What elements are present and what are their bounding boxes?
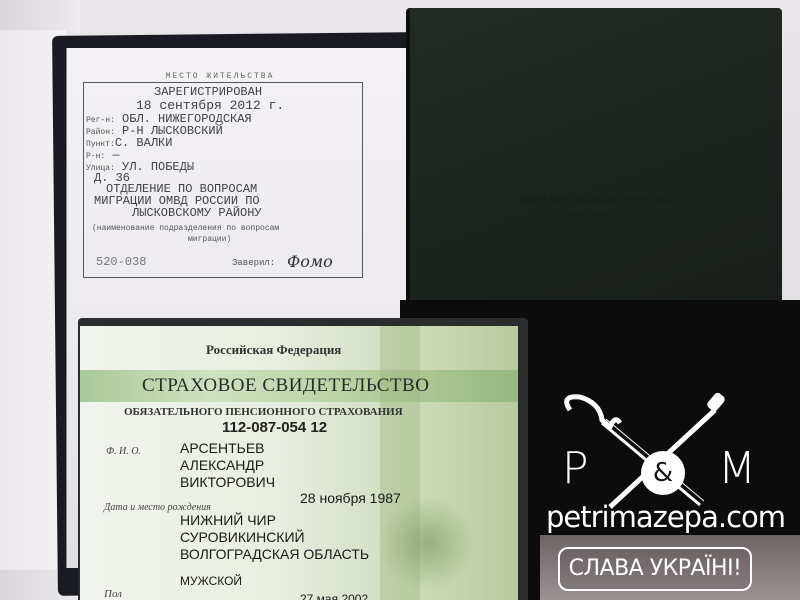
birth-place-3: ВОЛГОГРАДСКАЯ ОБЛАСТЬ [180, 546, 369, 562]
locality-value: С. ВАЛКИ [115, 136, 173, 150]
department-code: 520-038 [96, 255, 146, 269]
sex-value: МУЖСКОЙ [180, 574, 242, 588]
birth-date: 28 ноября 1987 [300, 490, 401, 506]
certified-label: Заверил: [232, 258, 275, 268]
military-booklet-title: ОБЯЗАТЕЛЬНЫЙ ВОЕННЫЙ ДОКУМЕНТ [490, 192, 710, 224]
logo-letter-m: M [718, 443, 756, 494]
patronymic: ВИКТОРОВИЧ [180, 474, 275, 490]
card-rosette [380, 496, 475, 591]
insurance-certificate: Российская Федерация СТРАХОВОЕ СВИДЕТЕЛЬ… [80, 326, 518, 600]
office-line-3: ЛЫСКОВСКОМУ РАЙОНУ [132, 206, 262, 220]
stamp-header: МЕСТО ЖИТЕЛЬСТВА [80, 72, 360, 81]
office-caption-1: (наименование подразделения по вопросам [92, 224, 279, 233]
signature: Фомо [287, 252, 333, 271]
birth-place-2: СУРОВИКИНСКИЙ [180, 529, 305, 545]
logo-letter-p: P [562, 443, 589, 494]
office-caption-2: миграции) [188, 235, 231, 244]
name-label: Ф. И. О. [106, 446, 141, 457]
watermark-logo: P & M petrimazepa.com СЛАВА УКРАЇНІ! [540, 385, 800, 600]
street-value: УЛ. ПОБЕДЫ [122, 160, 194, 174]
logo-ampersand: & [641, 451, 685, 495]
birth-place-1: НИЖНИЙ ЧИР [180, 512, 276, 528]
surname: АРСЕНТЬЕВ [180, 440, 265, 456]
stamp-date: 18 сентября 2012 г. [136, 98, 284, 113]
watermark-site: petrimazepa.com [546, 500, 785, 534]
first-name: АЛЕКСАНДР [180, 457, 264, 473]
document-photo: МЕСТО ЖИТЕЛЬСТВА ЗАРЕГИСТРИРОВАН 18 сент… [0, 0, 800, 600]
card-title: СТРАХОВОЕ СВИДЕТЕЛЬСТВО [142, 375, 429, 397]
card-subtitle: ОБЯЗАТЕЛЬНОГО ПЕНСИОННОГО СТРАХОВАНИЯ [124, 406, 403, 418]
registration-date: 27 мая 2002 [300, 592, 368, 600]
sex-label: Пол [104, 588, 122, 600]
card-country: Российская Федерация [206, 342, 341, 358]
insurance-number: 112-087-054 12 [222, 419, 327, 436]
stamp-status: ЗАРЕГИСТРИРОВАН [154, 85, 262, 99]
registration-stamp: ЗАРЕГИСТРИРОВАН 18 сентября 2012 г. Рег-… [83, 82, 363, 278]
watermark-slogan: СЛАВА УКРАЇНІ! [558, 547, 752, 591]
